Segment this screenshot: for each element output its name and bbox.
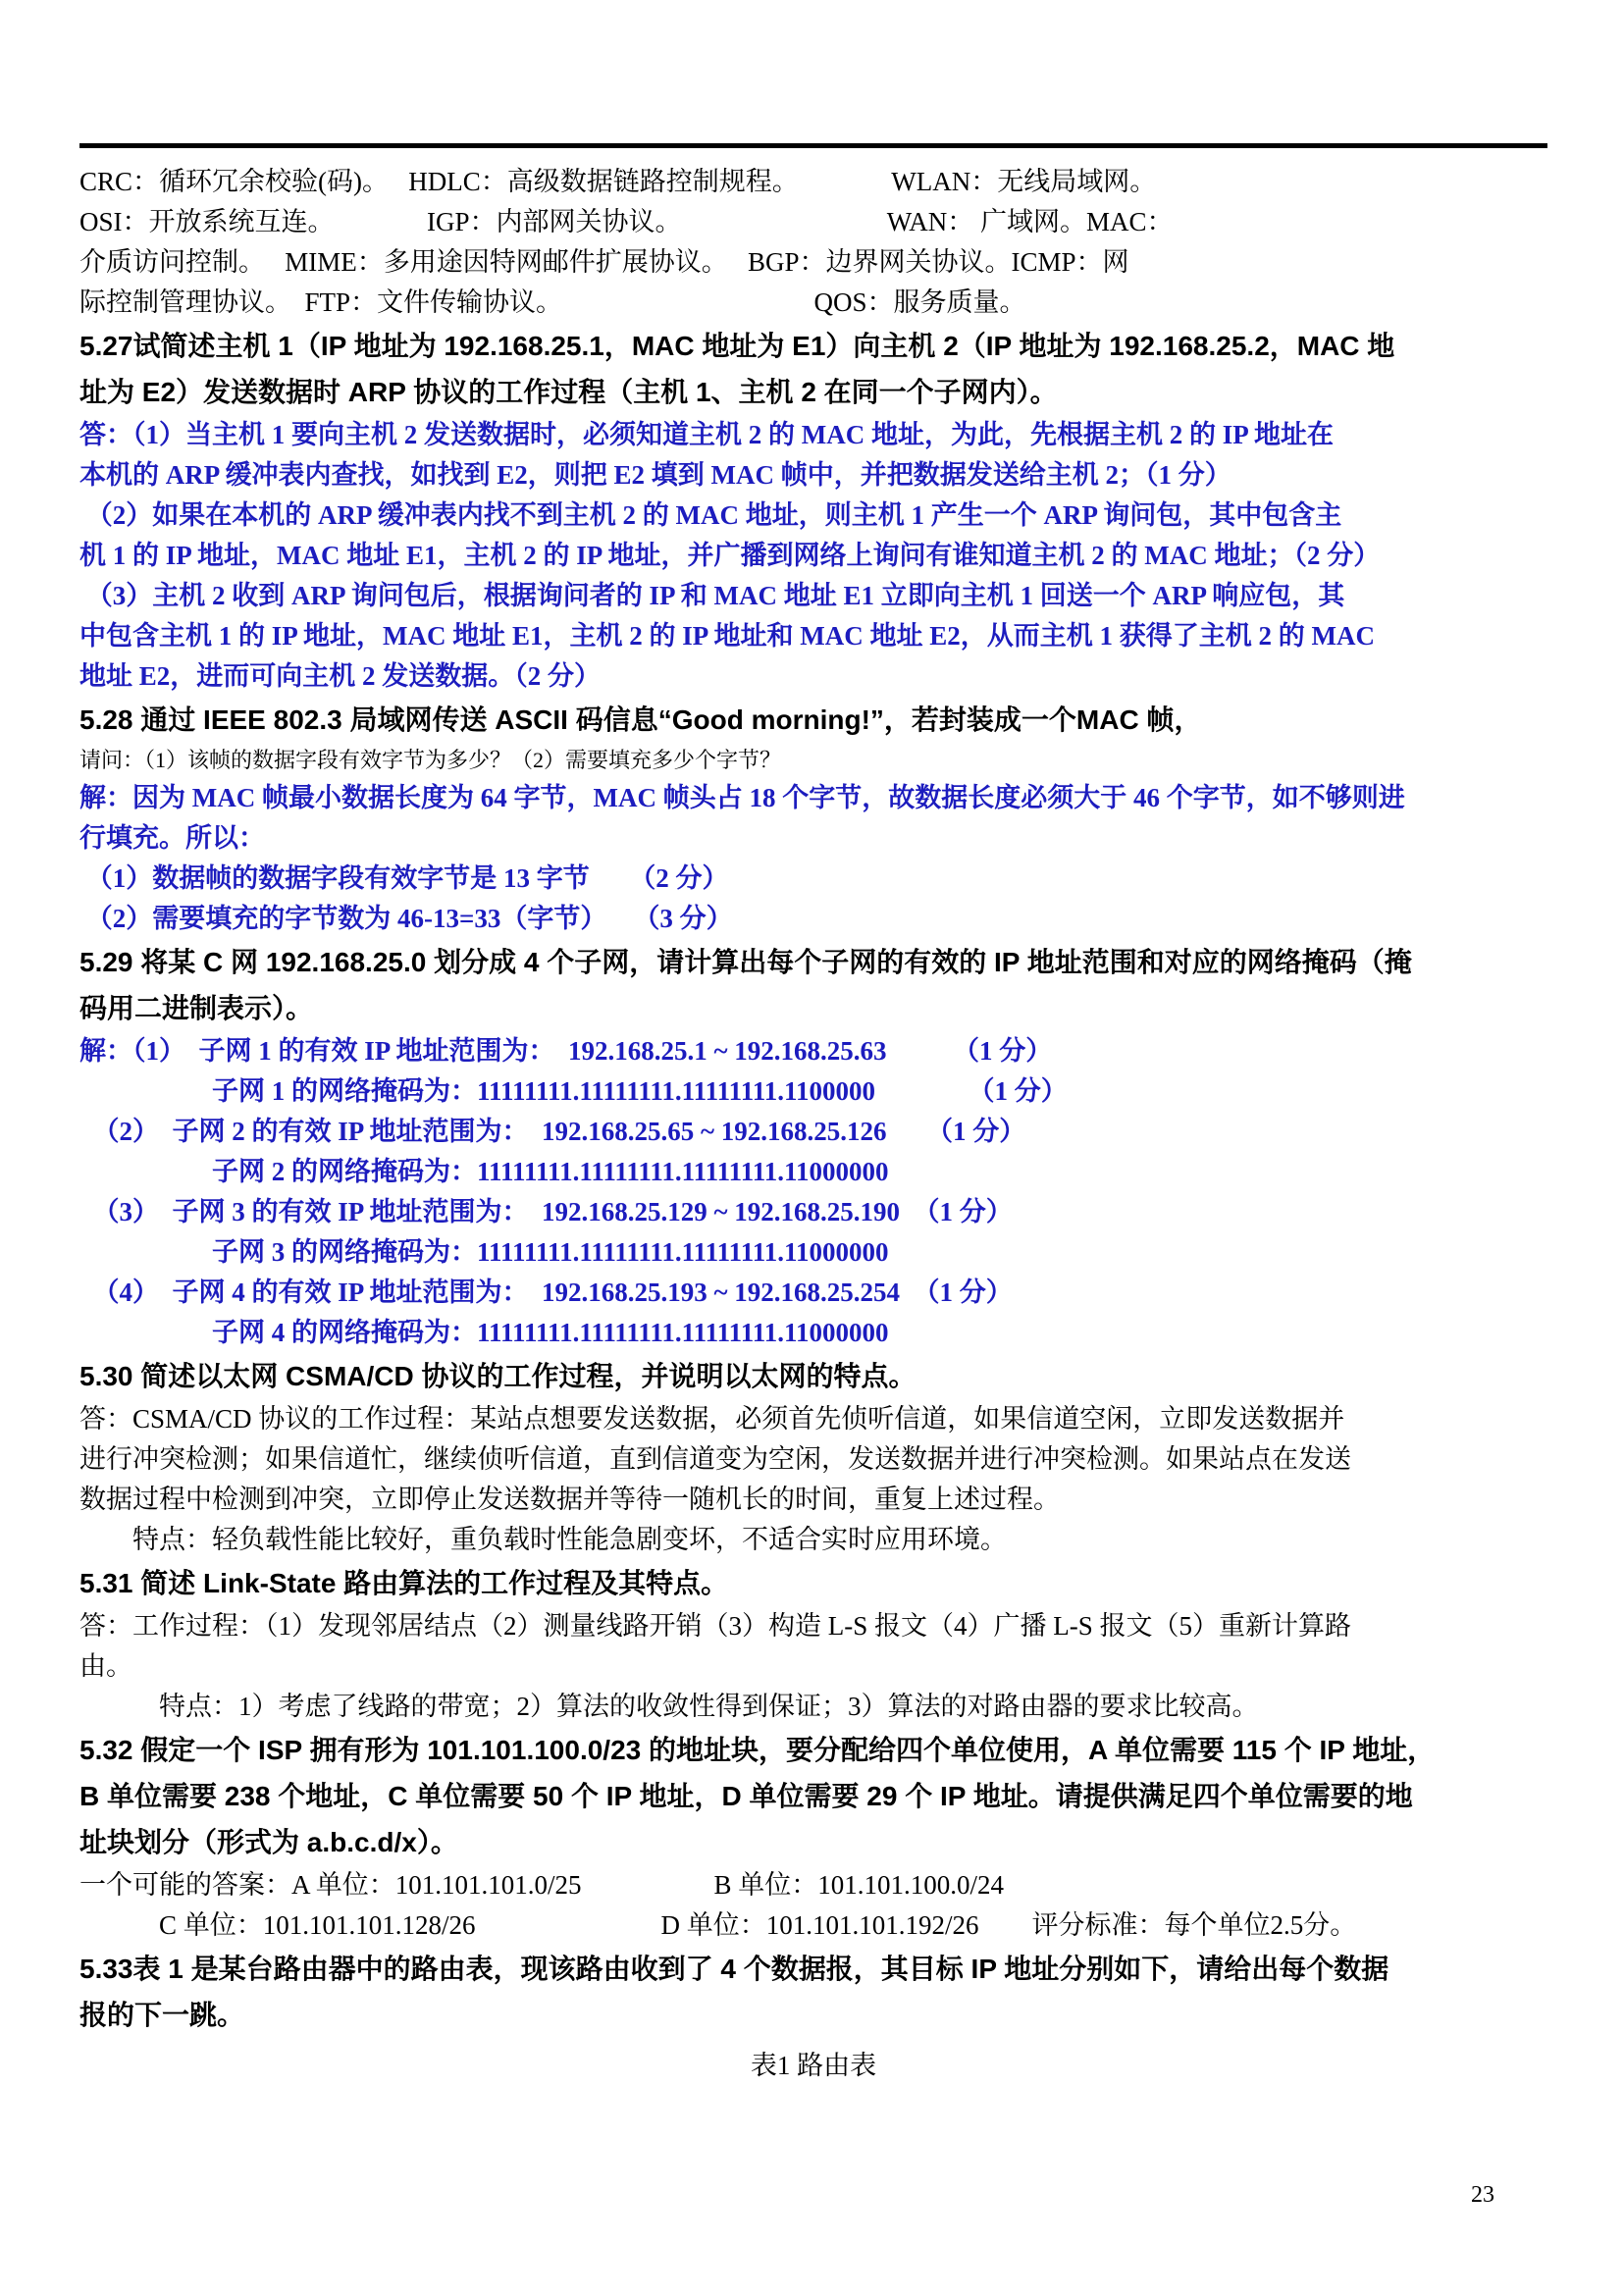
page-number: 23 [1471,2182,1494,2209]
q532-answer-line-1: 一个可能的答案：A 单位：101.101.101.0/25 B 单位：101.1… [79,1865,1547,1905]
q527-title-line-2: 址为 E2）发送数据时 ARP 协议的工作过程（主机 1、主机 2 在同一个子网… [79,369,1547,415]
abbrev-line-3: 介质访问控制。 MIME：多用途因特网邮件扩展协议。 BGP：边界网关协议。IC… [79,242,1547,283]
q529-title-line-1: 5.29 将某 C 网 192.168.25.0 划分成 4 个子网，请计算出每… [79,939,1547,985]
document-lines: CRC：循环冗余校验(码)。 HDLC：高级数据链路控制规程。 WLAN：无线局… [79,162,1547,2087]
q533-title-line-1: 5.33表 1 是某台路由器中的路由表，现该路由收到了 4 个数据报，其目标 I… [79,1946,1547,1992]
abbrev-line-1: CRC：循环冗余校验(码)。 HDLC：高级数据链路控制规程。 WLAN：无线局… [79,162,1547,202]
q531-answer-line-1: 答：工作过程：（1）发现邻居结点（2）测量线路开销（3）构造 L-S 报文（4）… [79,1606,1547,1646]
q532-answer-line-2: C 单位：101.101.101.128/26 D 单位：101.101.101… [79,1905,1547,1946]
q530-answer-line-4: 特点：轻负载性能比较好，重负载时性能急剧变坏，不适合实时应用环境。 [79,1520,1547,1560]
q529-answer-line-1: 解：（1） 子网 1 的有效 IP 地址范围为： 192.168.25.1 ~ … [79,1031,1547,1071]
q530-answer-line-1: 答：CSMA/CD 协议的工作过程：某站点想要发送数据，必须首先侦听信道，如果信… [79,1399,1547,1439]
q527-answer-line-3: （2）如果在本机的 ARP 缓冲表内找不到主机 2 的 MAC 地址，则主机 1… [79,496,1547,536]
q530-answer-line-3: 数据过程中检测到冲突，立即停止发送数据并等待一随机长的时间，重复上述过程。 [79,1480,1547,1520]
q530-answer-line-2: 进行冲突检测；如果信道忙，继续侦听信道，直到信道变为空闲，发送数据并进行冲突检测… [79,1439,1547,1480]
header-rule [79,143,1547,148]
q532-title-line-2: B 单位需要 238 个地址，C 单位需要 50 个 IP 地址，D 单位需要 … [79,1773,1547,1819]
q527-answer-line-5: （3）主机 2 收到 ARP 询问包后，根据询问者的 IP 和 MAC 地址 E… [79,576,1547,616]
q529-title-line-2: 码用二进制表示）。 [79,985,1547,1031]
q531-answer-line-2: 由。 [79,1646,1547,1687]
q528-answer-line-4: （2）需要填充的字节数为 46-13=33（字节） （3 分） [79,899,1547,939]
q532-title-line-3: 址块划分（形式为 a.b.c.d/x）。 [79,1819,1547,1865]
document-content: CRC：循环冗余校验(码)。 HDLC：高级数据链路控制规程。 WLAN：无线局… [0,143,1624,2087]
q530-title-line-1: 5.30 简述以太网 CSMA/CD 协议的工作过程，并说明以太网的特点。 [79,1353,1547,1399]
q533-title-line-2: 报的下一跳。 [79,1992,1547,2038]
abbrev-line-2: OSI：开放系统互连。 IGP：内部网关协议。 WAN： 广域网。MAC： [79,202,1547,242]
q529-answer-line-5: （3） 子网 3 的有效 IP 地址范围为： 192.168.25.129 ~ … [79,1192,1547,1232]
q529-answer-line-3: （2） 子网 2 的有效 IP 地址范围为： 192.168.25.65 ~ 1… [79,1112,1547,1152]
q529-answer-line-4: 子网 2 的网络掩码为：11111111.11111111.11111111.1… [79,1152,1547,1192]
q529-answer-line-8: 子网 4 的网络掩码为：11111111.11111111.11111111.1… [79,1313,1547,1353]
q529-answer-line-2: 子网 1 的网络掩码为：11111111.11111111.11111111.1… [79,1071,1547,1112]
q529-answer-line-6: 子网 3 的网络掩码为：11111111.11111111.11111111.1… [79,1232,1547,1273]
q531-title-line-1: 5.31 简述 Link-State 路由算法的工作过程及其特点。 [79,1560,1547,1606]
q528-answer-line-3: （1）数据帧的数据字段有效字节是 13 字节 （2 分） [79,859,1547,899]
q527-answer-line-1: 答：（1）当主机 1 要向主机 2 发送数据时，必须知道主机 2 的 MAC 地… [79,415,1547,455]
q528-subtitle-line: 请问：（1）该帧的数据字段有效字节为多少？（2）需要填充多少个字节？ [79,743,1547,778]
q528-answer-line-1: 解：因为 MAC 帧最小数据长度为 64 字节，MAC 帧头占 18 个字节，故… [79,778,1547,818]
q527-answer-line-4: 机 1 的 IP 地址，MAC 地址 E1，主机 2 的 IP 地址，并广播到网… [79,536,1547,576]
document-page: CRC：循环冗余校验(码)。 HDLC：高级数据链路控制规程。 WLAN：无线局… [0,0,1624,2295]
q531-answer-line-3: 特点：1）考虑了线路的带宽；2）算法的收敛性得到保证；3）算法的对路由器的要求比… [79,1687,1547,1727]
q528-title-line-1: 5.28 通过 IEEE 802.3 局域网传送 ASCII 码信息“Good … [79,697,1547,743]
q527-title-line-1: 5.27试简述主机 1（IP 地址为 192.168.25.1，MAC 地址为 … [79,323,1547,369]
q528-answer-line-2: 行填充。所以： [79,818,1547,859]
q532-title-line-1: 5.32 假定一个 ISP 拥有形为 101.101.100.0/23 的地址块… [79,1727,1547,1773]
table1-caption: 表1 路由表 [79,2044,1547,2087]
q527-answer-line-2: 本机的 ARP 缓冲表内查找，如找到 E2，则把 E2 填到 MAC 帧中，并把… [79,455,1547,496]
q527-answer-line-6: 中包含主机 1 的 IP 地址，MAC 地址 E1，主机 2 的 IP 地址和 … [79,616,1547,656]
abbrev-line-4: 际控制管理协议。 FTP：文件传输协议。 QOS：服务质量。 [79,283,1547,323]
q529-answer-line-7: （4） 子网 4 的有效 IP 地址范围为： 192.168.25.193 ~ … [79,1273,1547,1313]
q527-answer-line-7: 地址 E2，进而可向主机 2 发送数据。（2 分） [79,656,1547,697]
